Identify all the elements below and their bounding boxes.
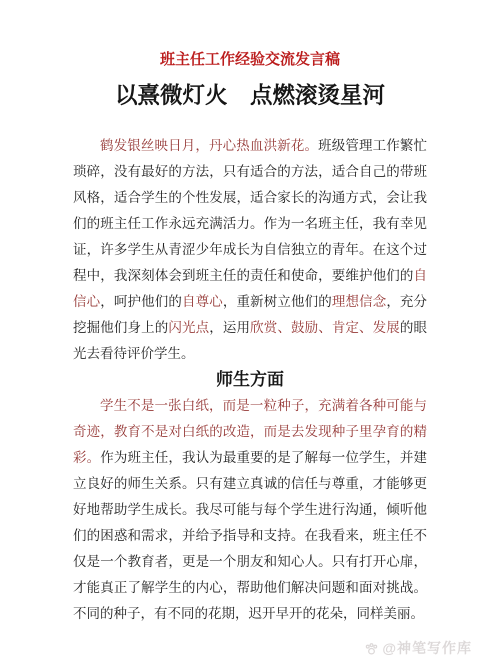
paw-icon	[364, 641, 379, 656]
body-text: ，重新树立他们的	[223, 294, 332, 309]
highlight-phrase: 自尊心	[182, 294, 223, 309]
watermark: @神笔写作库	[364, 638, 472, 658]
document-kicker: 班主任工作经验交流发言稿	[73, 50, 427, 70]
document-body: 鹤发银丝映日月，丹心热血洪新花。班级管理工作繁忙琐碎，没有最好的方法，只有适合的…	[73, 133, 427, 627]
highlight-phrase: 理想信念	[332, 294, 386, 309]
highlight-phrase: 鹤发银丝映日月，丹心热血洪新花。	[100, 138, 318, 153]
section-heading: 师生方面	[73, 367, 427, 393]
body-text: 作为班主任，我认为最重要的是了解每一位学生，并建立良好的师生关系。只有建立真诚的…	[73, 450, 427, 621]
highlight-phrase: 欣赏、鼓励、肯定、发展	[250, 320, 400, 335]
paragraph-1: 鹤发银丝映日月，丹心热血洪新花。班级管理工作繁忙琐碎，没有最好的方法，只有适合的…	[73, 133, 427, 367]
page-title: 以熹微灯火 点燃滚烫星河	[73, 81, 427, 111]
highlight-phrase: 闪光点	[168, 320, 209, 335]
body-text: 班级管理工作繁忙琐碎，没有最好的方法，只有适合的方法，适合自己的带班风格，适合学…	[73, 138, 427, 283]
document-page: 班主任工作经验交流发言稿 以熹微灯火 点燃滚烫星河 鹤发银丝映日月，丹心热血洪新…	[0, 0, 500, 667]
body-text: ，呵护他们的	[100, 294, 182, 309]
paragraph-2: 学生不是一张白纸，而是一粒种子，充满着各种可能与奇迹，教育不是对白纸的改造，而是…	[73, 393, 427, 627]
watermark-text: @神笔写作库	[382, 638, 472, 658]
body-text: ，运用	[209, 320, 250, 335]
